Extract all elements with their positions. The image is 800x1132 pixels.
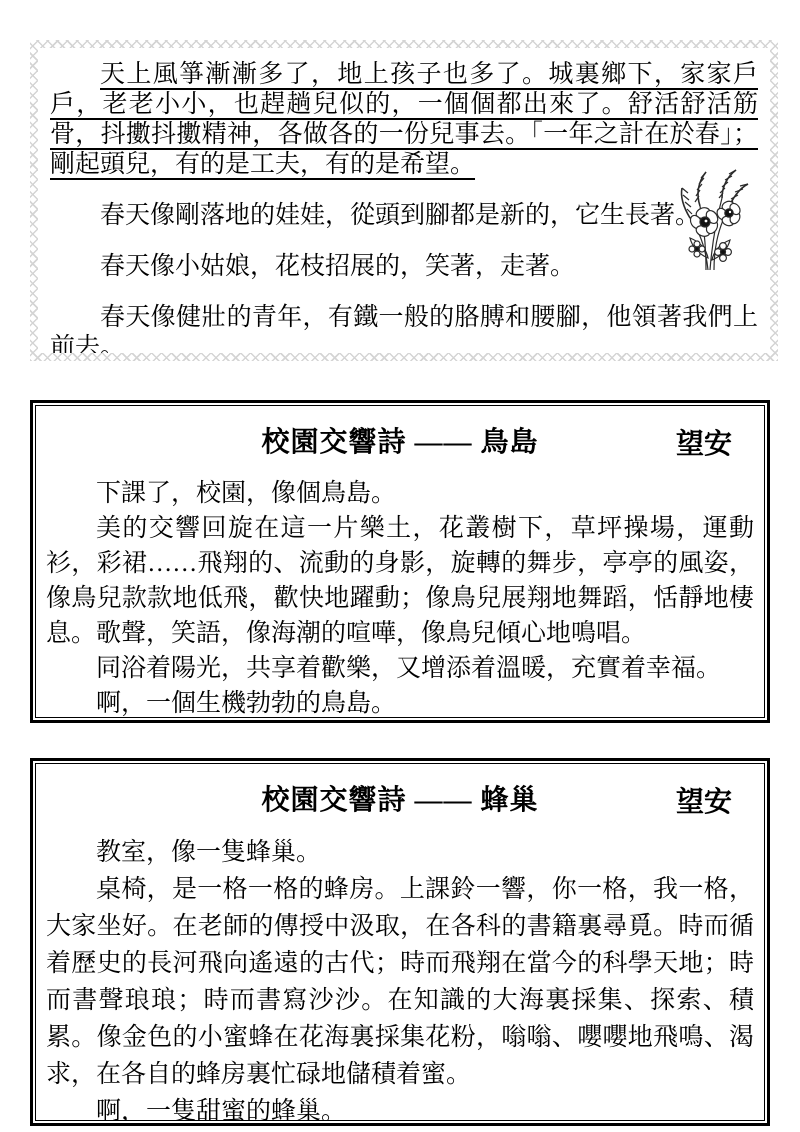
poem-box-beehive-inner: 校園交響詩 —— 蜂巢 望安 教室，像一隻蜂巢。 桌椅，是一格一格的蜂房。上課鈴…: [35, 763, 765, 1121]
poem-body: 下課了，校園，像個鳥島。 美的交響回旋在這一片樂土，花叢樹下，草坪操場，運動衫，…: [46, 476, 754, 718]
poem-paragraph: 啊，一隻甜蜜的蜂巢。: [46, 1093, 754, 1121]
poem-paragraph: 下課了，校園，像個鳥島。: [46, 476, 754, 511]
flower-large-right: [715, 200, 742, 228]
poem-paragraph: 桌椅，是一格一格的蜂房。上課鈴一響，你一格，我一格，大家坐好。在老師的傳授中汲取…: [46, 871, 754, 1093]
spring-paragraph-3: 春天像健壯的青年，有鐵一般的胳膊和腰腳，他領著我們上前去。: [50, 303, 758, 353]
poem-author: 望安: [676, 780, 732, 820]
spring-underlined-paragraph: 天上風箏漸漸多了，地上孩子也多了。城裏鄉下，家家戶戶，老老小小，也趕趟兒似的，一…: [50, 60, 758, 180]
flower-small-right: [715, 243, 732, 262]
poem-paragraph: 啊，一個生機勃勃的鳥島。: [46, 686, 754, 718]
poem-paragraph: 教室，像一隻蜂巢。: [46, 834, 754, 871]
poem-box-bird-island: 校園交響詩 —— 鳥島 望安 下課了，校園，像個鳥島。 美的交響回旋在這一片樂土…: [30, 400, 770, 723]
poem-title-bird-island: 校園交響詩 —— 鳥島: [261, 427, 538, 458]
spring-paragraph-1: 春天像剛落地的娃娃，從頭到腳都是新的，它生長著。: [50, 201, 758, 231]
spring-passage-content: 天上風箏漸漸多了，地上孩子也多了。城裏鄉下，家家戶戶，老老小小，也趕趟兒似的，一…: [38, 48, 770, 353]
poem-title-row: 校園交響詩 —— 鳥島 望安: [46, 420, 754, 460]
flower-bouquet-illustration: [670, 166, 750, 274]
poem-paragraph: 美的交響回旋在這一片樂土，花叢樹下，草坪操場，運動衫，彩裙……飛翔的、流動的身影…: [46, 511, 754, 651]
spring-passage-box: 天上風箏漸漸多了，地上孩子也多了。城裏鄉下，家家戶戶，老老小小，也趕趟兒似的，一…: [30, 40, 778, 361]
poem-box-beehive: 校園交響詩 —— 蜂巢 望安 教室，像一隻蜂巢。 桌椅，是一格一格的蜂房。上課鈴…: [30, 758, 770, 1126]
poem-paragraph: 同浴着陽光，共享着歡樂，又增添着溫暖，充實着幸福。: [46, 651, 754, 686]
poem-title-row: 校園交響詩 —— 蜂巢 望安: [46, 778, 754, 818]
poem-body: 教室，像一隻蜂巢。 桌椅，是一格一格的蜂房。上課鈴一響，你一格，我一格，大家坐好…: [46, 834, 754, 1121]
flower-large-left: [688, 206, 720, 238]
spring-paragraph-2: 春天像小姑娘，花枝招展的，笑著，走著。: [50, 252, 758, 282]
poem-title-beehive: 校園交響詩 —— 蜂巢: [261, 785, 538, 816]
poem-box-bird-island-inner: 校園交響詩 —— 鳥島 望安 下課了，校園，像個鳥島。 美的交響回旋在這一片樂土…: [35, 405, 765, 718]
poem-author: 望安: [676, 422, 732, 462]
